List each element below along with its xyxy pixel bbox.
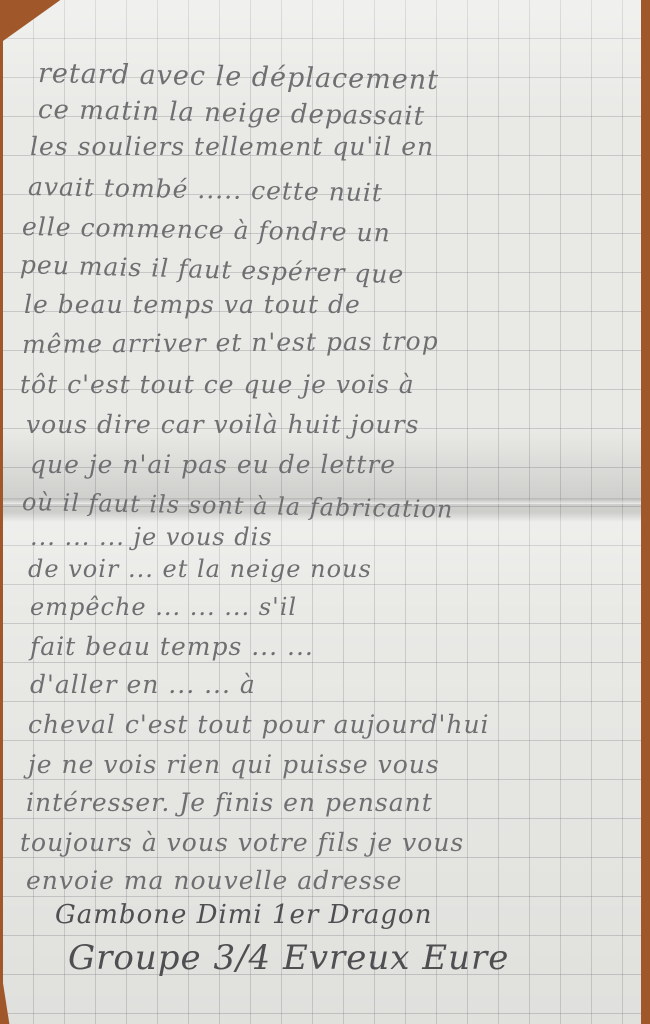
letter-line-4: avait tombé ..... cette nuit (28, 172, 383, 207)
letter-line-10: vous dire car voilà huit jours (26, 410, 419, 439)
signature-address: Groupe 3/4 Evreux Eure (68, 938, 509, 978)
letter-line-5: elle commence à fondre un (22, 212, 391, 247)
letter-line-8: même arriver et n'est pas trop (22, 326, 439, 359)
letter-line-21: toujours à vous votre fils je vous (20, 828, 464, 857)
letter-line-14: de voir ... et la neige nous (28, 555, 372, 583)
letter-line-17: d'aller en ... ... à (30, 670, 256, 699)
letter-line-13: ... ... ... je vous dis (30, 523, 273, 551)
letter-line-22: envoie ma nouvelle adresse (26, 866, 402, 895)
letter-line-6: peu mais il faut espérer que (20, 250, 405, 289)
letter-line-12: où il faut ils sont à la fabrication (22, 488, 454, 524)
letter-line-15: empêche ... ... ... s'il (30, 593, 297, 621)
letter-line-7: le beau temps va tout de (24, 290, 361, 319)
letter-line-9: tôt c'est tout ce que je vois à (20, 370, 415, 399)
letter-line-18: cheval c'est tout pour aujourd'hui (28, 710, 490, 739)
letter-line-16: fait beau temps ... ... (30, 632, 314, 661)
letter-line-11: que je n'ai pas eu de lettre (30, 450, 396, 479)
letter-line-1: retard avec le déplacement (38, 58, 440, 96)
letter-line-19: je ne vois rien qui puisse vous (28, 750, 440, 779)
signature-name: Gambone Dimi 1er Dragon (55, 900, 432, 930)
handwritten-letter: retard avec le déplacement ce matin la n… (0, 0, 650, 1024)
letter-line-3: les souliers tellement qu'il en (30, 132, 434, 161)
letter-line-20: intéresser. Je finis en pensant (26, 788, 433, 817)
letter-line-2: ce matin la neige depassait (38, 95, 426, 132)
